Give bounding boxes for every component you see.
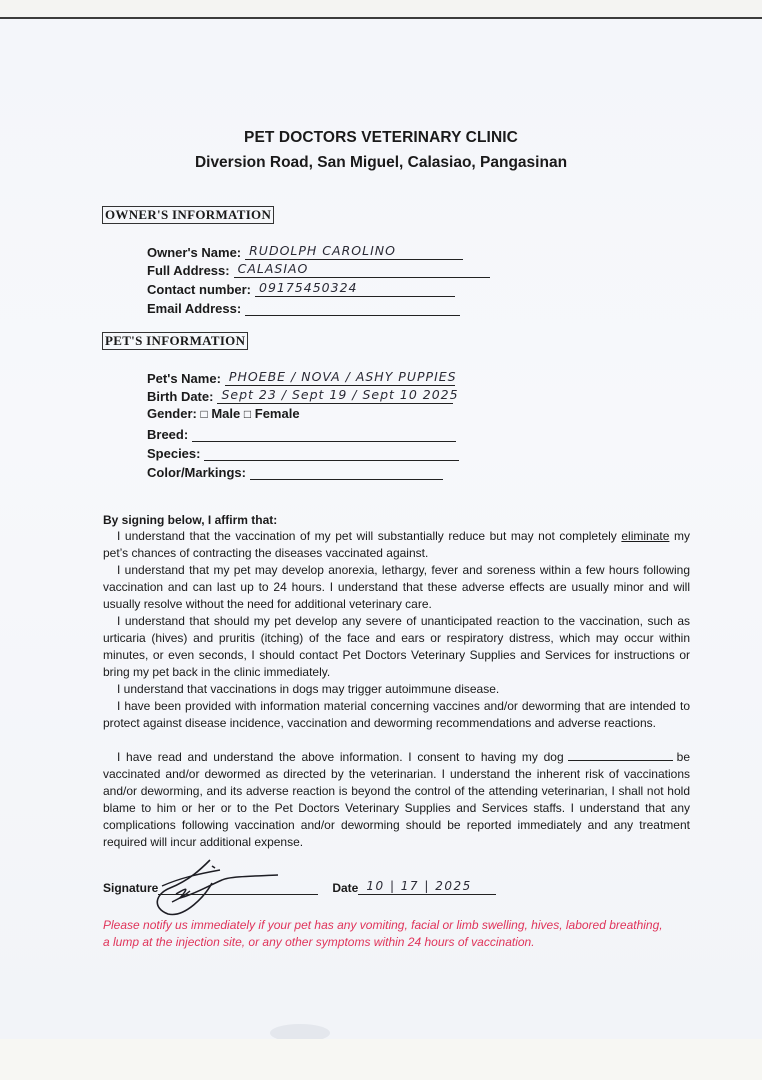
color-markings-line[interactable] [250, 462, 443, 480]
affirmation-paragraph-5: I have been provided with information ma… [103, 698, 690, 732]
affirmation-paragraph-2: I understand that my pet may develop ano… [103, 562, 690, 613]
owner-name-field[interactable]: Owner's Name: RUDOLPH CAROLINO [147, 242, 463, 260]
date-line[interactable]: 10 | 17 | 2025 [358, 880, 496, 895]
owner-section-title: OWNER'S INFORMATION [102, 206, 274, 224]
gender-label: Gender: [147, 406, 197, 421]
pet-section-title: PET'S INFORMATION [102, 332, 248, 350]
scan-top-edge [0, 0, 762, 19]
scan-bottom-edge [0, 1039, 762, 1080]
birth-date-line[interactable]: Sept 23 / Sept 19 / Sept 10 2025 [217, 386, 453, 404]
male-option-label: Male [211, 406, 240, 421]
color-markings-field[interactable]: Color/Markings: [147, 462, 443, 480]
dog-name-blank[interactable] [568, 750, 673, 761]
date-value: 10 | 17 | 2025 [366, 879, 471, 893]
affirmation-paragraph-4: I understand that vaccinations in dogs m… [103, 681, 690, 698]
p1-text-start: I understand that the vaccination of my … [117, 529, 621, 543]
signature-label: Signature [103, 881, 158, 895]
species-line[interactable] [204, 443, 459, 461]
female-checkbox[interactable]: □ [244, 407, 251, 421]
species-label: Species: [147, 446, 200, 461]
contact-number-field[interactable]: Contact number: 09175450324 [147, 279, 455, 297]
birth-date-value: Sept 23 / Sept 19 / Sept 10 2025 [221, 387, 458, 402]
owner-name-value: RUDOLPH CAROLINO [249, 243, 396, 258]
pet-name-label: Pet's Name: [147, 371, 221, 386]
breed-line[interactable] [192, 424, 456, 442]
breed-label: Breed: [147, 427, 188, 442]
contact-number-value: 09175450324 [259, 280, 357, 295]
female-option-label: Female [255, 406, 300, 421]
clinic-name: PET DOCTORS VETERINARY CLINIC [0, 129, 762, 147]
birth-date-field[interactable]: Birth Date: Sept 23 / Sept 19 / Sept 10 … [147, 386, 453, 404]
species-field[interactable]: Species: [147, 443, 459, 461]
birth-date-label: Birth Date: [147, 389, 213, 404]
contact-number-line[interactable]: 09175450324 [255, 279, 455, 297]
full-address-value: CALASIAO [238, 261, 309, 276]
breed-field[interactable]: Breed: [147, 424, 456, 442]
p1-underlined-word: eliminate [621, 529, 669, 543]
owner-name-label: Owner's Name: [147, 245, 241, 260]
email-address-label: Email Address: [147, 301, 241, 316]
p6-text-end: be vaccinated and/or dewormed as directe… [103, 750, 690, 849]
full-address-label: Full Address: [147, 263, 230, 278]
affirmation-paragraph-3: I understand that should my pet develop … [103, 613, 690, 681]
pet-name-value: PHOEBE / NOVA / ASHY PUPPIES [229, 369, 457, 384]
color-markings-label: Color/Markings: [147, 465, 246, 480]
affirmation-paragraph-1: I understand that the vaccination of my … [103, 528, 690, 562]
clinic-address: Diversion Road, San Miguel, Calasiao, Pa… [0, 154, 762, 172]
full-address-line[interactable]: CALASIAO [234, 260, 490, 278]
signature-row: Signature Date 10 | 17 | 2025 [103, 880, 496, 895]
post-vaccination-notice: Please notify us immediately if your pet… [103, 917, 663, 951]
email-address-field[interactable]: Email Address: [147, 298, 460, 316]
gender-field: Gender: □ Male □ Female [147, 406, 300, 421]
pet-name-field[interactable]: Pet's Name: PHOEBE / NOVA / ASHY PUPPIES [147, 368, 455, 386]
affirmation-heading: By signing below, I affirm that: [103, 513, 277, 527]
signature-line[interactable] [158, 880, 318, 895]
male-checkbox[interactable]: □ [200, 407, 207, 421]
email-address-line[interactable] [245, 298, 460, 316]
date-label: Date [332, 881, 358, 895]
contact-number-label: Contact number: [147, 282, 251, 297]
full-address-field[interactable]: Full Address: CALASIAO [147, 260, 490, 278]
pet-name-line[interactable]: PHOEBE / NOVA / ASHY PUPPIES [225, 368, 455, 386]
owner-name-line[interactable]: RUDOLPH CAROLINO [245, 242, 463, 260]
p6-text-start: I have read and understand the above inf… [117, 750, 564, 764]
affirmation-paragraph-6: I have read and understand the above inf… [103, 749, 690, 851]
